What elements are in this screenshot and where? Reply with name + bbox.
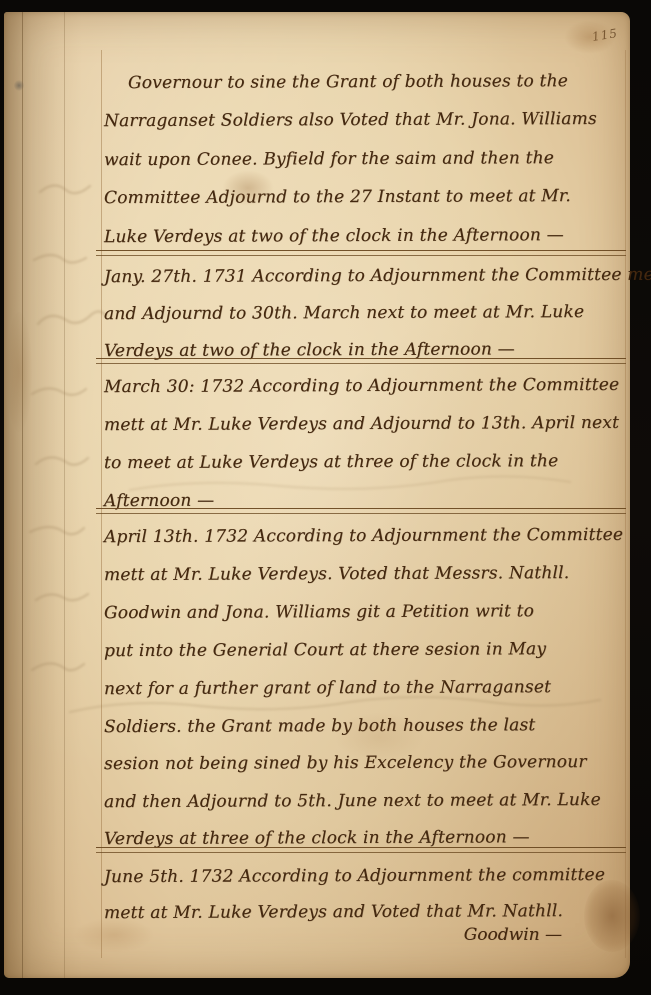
manuscript-line: and then Adjournd to 5th. June next to m… [104, 786, 626, 818]
manuscript-scan: 115 Governour to sine the Grant of both … [0, 0, 651, 995]
manuscript-line: April 13th. 1732 According to Adjournmen… [104, 521, 626, 553]
entry-divider-rule [96, 358, 626, 364]
manuscript-line: Governour to sine the Grant of both hous… [104, 67, 650, 99]
manuscript-line: to meet at Luke Verdeys at three of the … [104, 447, 626, 479]
margin-rule-left [101, 50, 102, 958]
catchword: Goodwin — [464, 925, 562, 945]
manuscript-line: Narraganset Soldiers also Voted that Mr.… [104, 105, 626, 137]
manuscript-line: Committee Adjournd to the 27 Instant to … [104, 182, 626, 214]
manuscript-line: sesion not being sined by his Excelency … [104, 748, 626, 780]
manuscript-line: next for a further grant of land to the … [104, 673, 626, 705]
entry-divider-rule [96, 508, 626, 514]
manuscript-line: and Adjournd to 30th. March next to meet… [104, 298, 626, 330]
manuscript-page: 115 Governour to sine the Grant of both … [4, 12, 630, 978]
manuscript-line: Luke Verdeys at two of the clock in the … [104, 221, 626, 253]
manuscript-line: wait upon Conee. Byfield for the saim an… [104, 144, 626, 176]
entry-divider-rule [96, 250, 626, 256]
entry-divider-rule [96, 847, 626, 853]
manuscript-line: Soldiers. the Grant made by both houses … [104, 711, 626, 743]
folio-number: 115 [591, 26, 619, 44]
manuscript-line: put into the Generial Court at there ses… [104, 635, 626, 667]
manuscript-line: mett at Mr. Luke Verdeys. Voted that Mes… [104, 559, 626, 591]
manuscript-line: Jany. 27th. 1731 According to Adjournmen… [104, 261, 626, 293]
manuscript-line: Goodwin and Jona. Williams git a Petitio… [104, 597, 626, 629]
manuscript-line: March 30: 1732 According to Adjournment … [104, 371, 626, 403]
manuscript-line: mett at Mr. Luke Verdeys and Adjournd to… [104, 409, 626, 441]
manuscript-line: June 5th. 1732 According to Adjournment … [104, 861, 626, 893]
